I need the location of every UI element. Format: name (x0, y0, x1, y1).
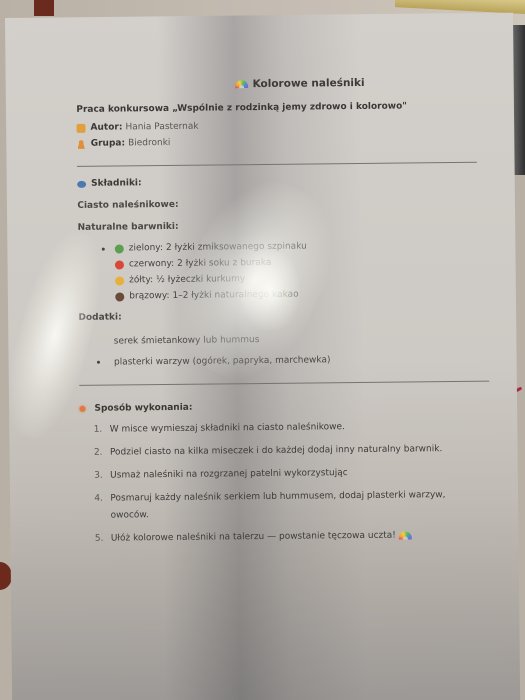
step-item: 2. Podziel ciasto na kilka miseczek i do… (94, 441, 479, 462)
red-dot-icon (115, 260, 124, 269)
step-text: Ułóż kolorowe naleśniki na talerzu — pow… (111, 527, 480, 548)
yellow-dot-icon (115, 276, 124, 285)
document-title: Kolorowe naleśniki (110, 74, 490, 94)
step-item: 1. W misce wymieszaj składniki na ciasto… (94, 418, 479, 439)
step-text: Podziel ciasto na kilka miseczek i do ka… (110, 441, 479, 462)
list-item: plasterki warzyw (ogórek, papryka, march… (97, 348, 493, 373)
rainbow-icon (236, 80, 249, 88)
dye-name: zielony: (129, 243, 163, 253)
extra-text: serek śmietankowy lub hummus (114, 335, 260, 347)
extras-heading: Dodatki: (78, 309, 492, 323)
background-object-red (34, 0, 54, 16)
orange-dot-icon (79, 406, 85, 412)
author-value: Hania Pasternak (125, 122, 198, 133)
ingredients-heading-text: Składniki: (91, 178, 142, 189)
document-subtitle: Praca konkursowa „Wspólnie z rodzinką je… (76, 101, 490, 115)
step-item: 4. Posmaruj każdy naleśnik serkiem lub h… (94, 487, 479, 525)
step-number: 2. (94, 445, 110, 462)
group-label: Grupa: (91, 138, 125, 148)
step-text: W misce wymieszaj składniki na ciasto na… (110, 418, 479, 439)
step-item: 5. Ułóż kolorowe naleśniki na talerzu — … (95, 527, 480, 548)
group-row: Grupa: Biedronki (77, 135, 491, 149)
author-row: Autor: Hania Pasternak (76, 119, 490, 133)
green-dot-icon (115, 244, 124, 253)
step-number: 4. (94, 491, 110, 525)
background-object-dark (513, 25, 525, 175)
ingredients-heading: Składniki: (77, 175, 491, 189)
step-text: Posmaruj każdy naleśnik serkiem lub humm… (110, 487, 479, 525)
dye-text: ½ łyżeczki kurkumy (156, 274, 245, 285)
step-text-content: Ułóż kolorowe naleśniki na talerzu — pow… (111, 531, 396, 544)
method-heading-text: Sposób wykonania: (94, 403, 192, 414)
dye-name: brązowy: (129, 291, 169, 301)
blue-circle-icon (77, 180, 86, 187)
extra-text: plasterki warzyw (ogórek, papryka, march… (114, 355, 331, 367)
dye-text: 2 łyżki soku z buraka (177, 258, 271, 269)
group-icon (77, 139, 86, 148)
brown-dot-icon (115, 292, 124, 301)
document-content: Kolorowe naleśniki Praca konkursowa „Wsp… (70, 74, 495, 554)
list-item: brązowy: 1–2 łyżki naturalnego kakao (102, 285, 492, 305)
step-text: Usmaż naleśniki na rozgrzanej patelni wy… (110, 464, 479, 485)
dye-text: 2 łyżki zmiksowanego szpinaku (166, 242, 307, 253)
dye-name: żółty: (129, 275, 153, 285)
steps-list: 1. W misce wymieszaj składniki na ciasto… (94, 418, 480, 548)
extras-list: serek śmietankowy lub hummus plasterki w… (97, 327, 493, 373)
dye-text: 1–2 łyżki naturalnego kakao (172, 290, 298, 301)
dyes-heading: Naturalne barwniki: (78, 219, 492, 233)
rainbow-icon (399, 531, 412, 539)
batter-heading: Ciasto naleśnikowe: (77, 197, 491, 211)
step-number: 3. (94, 468, 110, 485)
dyes-list: zielony: 2 łyżki zmiksowanego szpinaku c… (102, 237, 493, 305)
dye-name: czerwony: (129, 259, 174, 269)
group-value: Biedronki (128, 138, 170, 148)
divider (79, 381, 489, 386)
title-text: Kolorowe naleśniki (252, 77, 364, 90)
author-icon (76, 123, 85, 132)
author-label: Autor: (90, 122, 122, 132)
step-item: 3. Usmaż naleśniki na rozgrzanej patelni… (94, 464, 479, 485)
bullet-icon (102, 247, 105, 250)
step-number: 1. (94, 422, 110, 439)
step-number: 5. (95, 531, 111, 548)
method-heading: Sposób wykonania: (79, 400, 493, 414)
bullet-icon (97, 361, 100, 364)
divider (77, 162, 477, 167)
